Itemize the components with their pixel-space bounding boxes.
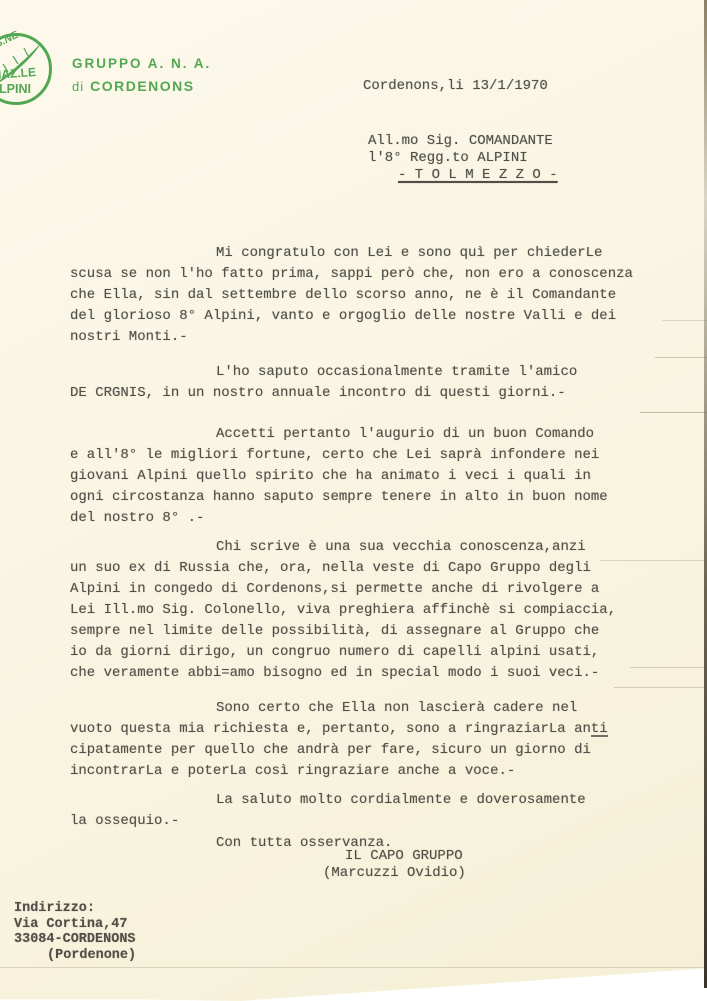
signer-name: (Marcuzzi Ovidio) [323, 865, 466, 882]
text-line: che Ella, sin dal settembre dello scorso… [70, 285, 660, 306]
hyphen-underline-mark [591, 735, 608, 737]
text-line: sempre nel limite delle possibilità, di … [70, 621, 660, 642]
text-line: L'ho saputo occasionalmente tramite l'am… [70, 362, 660, 383]
text-line: ogni circostanza hanno saputo sempre ten… [70, 487, 660, 508]
text-line: e all'8° le migliori fortune, certo che … [70, 445, 660, 466]
text-line: Chi scrive è una sua vecchia conoscenza,… [70, 537, 660, 558]
text-line: che veramente abbi=amo bisogno ed in spe… [70, 663, 660, 684]
text-line: scusa se non l'ho fatto prima, sappi per… [70, 264, 660, 285]
paragraph-6: La saluto molto cordialmente e doverosam… [70, 790, 660, 832]
text-line: Alpini in congedo di Cordenons,si permet… [70, 579, 660, 600]
signature-block: IL CAPO GRUPPO (Marcuzzi Ovidio) [323, 848, 466, 882]
text-line: Sono certo che Ella non lascierà cadere … [70, 698, 660, 719]
paragraph-2: L'ho saputo occasionalmente tramite l'am… [70, 362, 660, 404]
date-line: Cordenons,li 13/1/1970 [363, 78, 548, 94]
text-line: Mi congratulo con Lei e sono quì per chi… [70, 243, 660, 264]
address-city: 33084-CORDENONS [14, 932, 136, 948]
paper-crease [0, 967, 707, 968]
text-line: del nostro 8° .- [70, 508, 660, 529]
text-line: del glorioso 8° Alpini, vanto e orgoglio… [70, 306, 660, 327]
scratch-mark [662, 320, 707, 321]
text-line: la ossequio.- [70, 811, 660, 832]
recipient-line: l'8° Regg.to ALPINI [368, 150, 558, 167]
scratch-mark [655, 357, 707, 358]
text-line: nostri Monti.- [70, 327, 660, 348]
logo-mid-text: NAZ.LE [0, 65, 36, 82]
text-line: cipatamente per quello che andrà per far… [70, 740, 660, 761]
scratch-mark [614, 687, 707, 688]
letterhead-place-line: diCORDENONS [72, 76, 211, 97]
text-line: Lei Ill.mo Sig. Colonello, viva preghier… [70, 600, 660, 621]
paragraph-3: Accetti pertanto l'augurio di un buon Co… [70, 424, 660, 529]
paragraph-5: Sono certo che Ella non lascierà cadere … [70, 698, 660, 782]
letterhead-place-name: CORDENONS [90, 78, 195, 94]
ana-alpini-logo-icon: ASS.NE NAZ.LE ALPINI [0, 31, 54, 107]
letter-page: ASS.NE NAZ.LE ALPINI GRUPPO A. N. A. diC… [0, 0, 707, 1001]
recipient-line: All.mo Sig. COMANDANTE [368, 133, 558, 150]
recipient-city-line: - T O L M E Z Z O - [368, 167, 558, 184]
address-label: Indirizzo: [14, 901, 136, 917]
letterhead-place-prefix: di [72, 79, 84, 94]
text-line: La saluto molto cordialmente e doverosam… [70, 790, 660, 811]
text-line: Accetti pertanto l'augurio di un buon Co… [70, 424, 660, 445]
text-line: vuoto questa mia richiesta e, pertanto, … [70, 719, 660, 740]
letter-body: Mi congratulo con Lei e sono quì per chi… [70, 243, 660, 854]
text-line: incontrarLa e poterLa così ringraziare a… [70, 761, 660, 782]
address-street: Via Cortina,47 [14, 917, 136, 933]
scratch-mark [640, 412, 707, 413]
paragraph-1: Mi congratulo con Lei e sono quì per chi… [70, 243, 660, 348]
signer-role: IL CAPO GRUPPO [323, 848, 466, 865]
text-line: DE CRGNIS, in un nostro annuale incontro… [70, 383, 660, 404]
paragraph-4: Chi scrive è una sua vecchia conoscenza,… [70, 537, 660, 684]
sender-address-block: Indirizzo: Via Cortina,47 33084-CORDENON… [14, 901, 136, 963]
recipient-block: All.mo Sig. COMANDANTE l'8° Regg.to ALPI… [368, 133, 558, 184]
text-line: giovani Alpini quello spirito che ha ani… [70, 466, 660, 487]
logo-bottom-text: ALPINI [0, 82, 31, 96]
text-line: un suo ex di Russia che, ora, nella vest… [70, 558, 660, 579]
logo-arc-text: ASS.NE [0, 31, 21, 57]
scratch-mark [600, 560, 707, 561]
scratch-mark [630, 667, 707, 668]
letterhead-group-line: GRUPPO A. N. A. [72, 54, 211, 74]
letterhead: GRUPPO A. N. A. diCORDENONS [72, 54, 211, 97]
text-line: io da giorni dirigo, un congruo numero d… [70, 642, 660, 663]
address-province: (Pordenone) [14, 948, 136, 964]
